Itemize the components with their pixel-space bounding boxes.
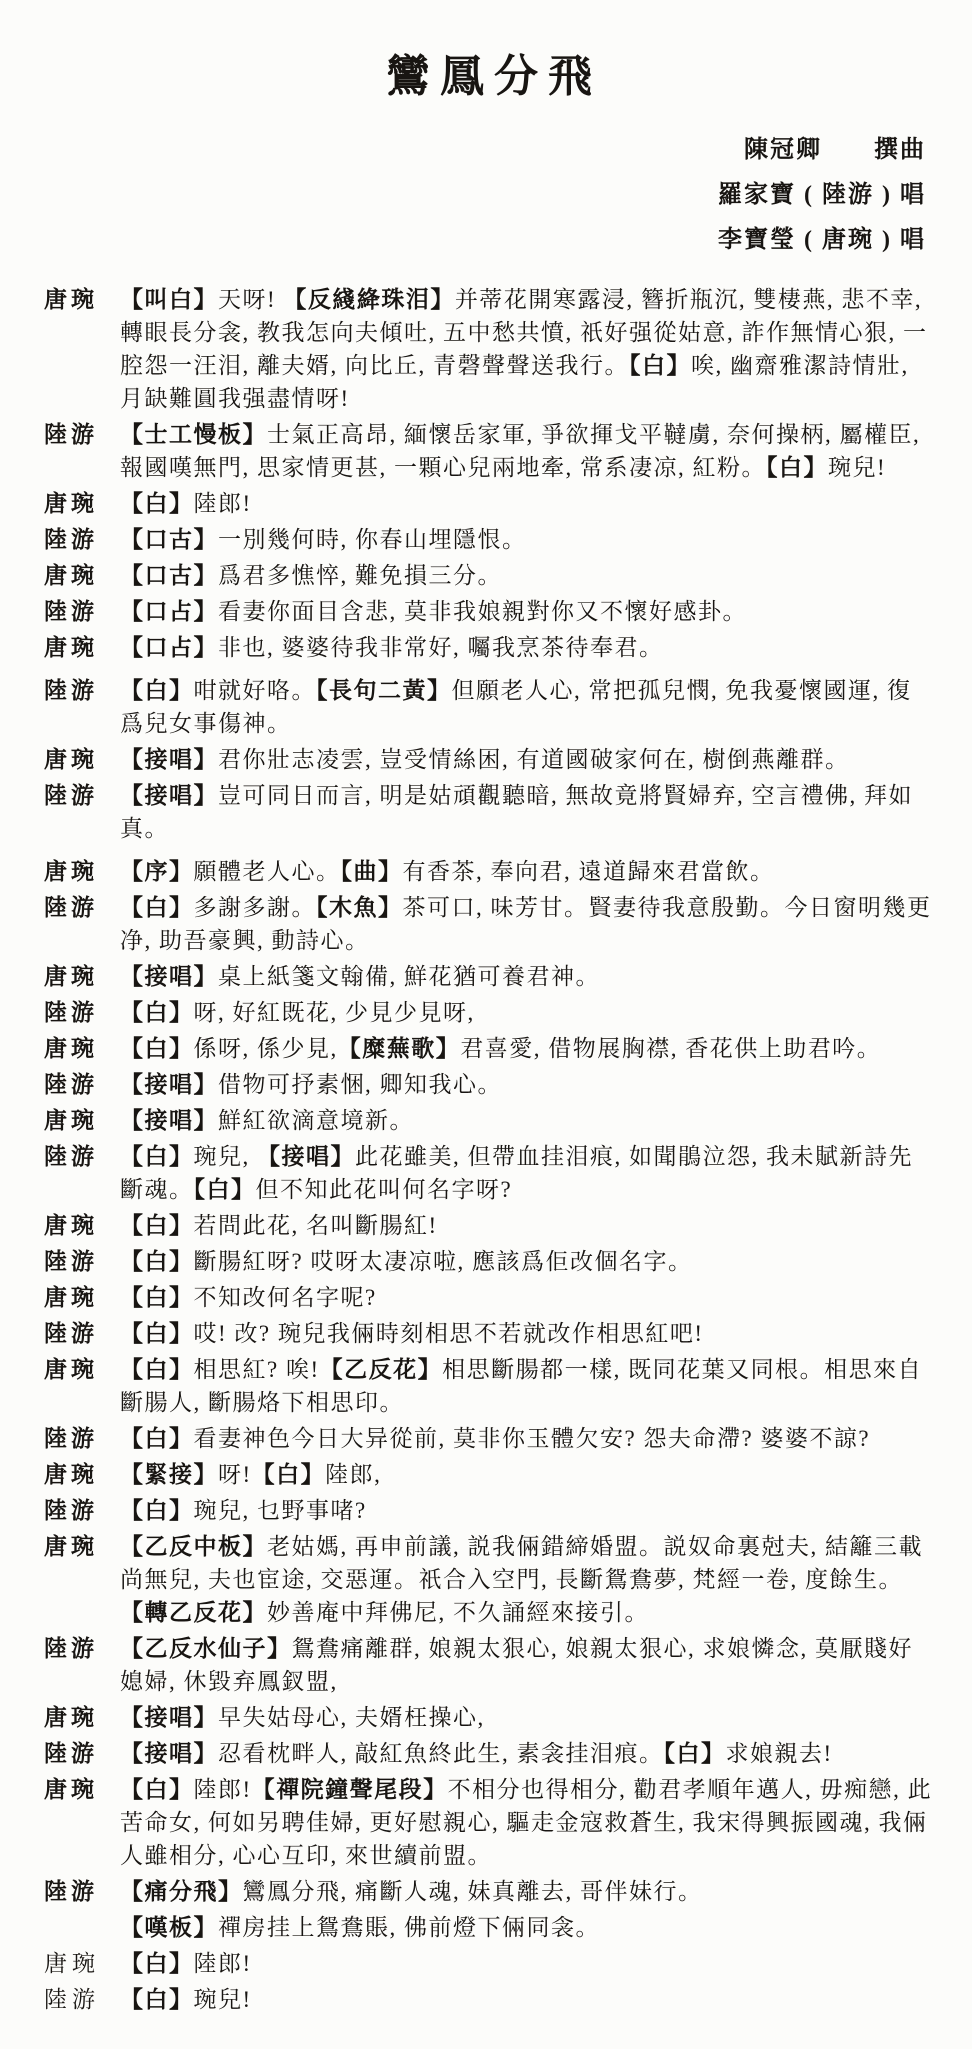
script-row: 陸游【白】哎! 改? 琬兒我倆時刻相思不若就改作相思紅吧! — [44, 1317, 934, 1350]
line-text: 【緊接】呀!【白】陸郎, — [118, 1458, 934, 1491]
tune-marker: 【接唱】 — [120, 783, 218, 808]
lyric-segment: 非也, 婆婆待我非常好, 囑我烹茶待奉君。 — [218, 635, 664, 660]
lyric-segment: 係呀, 係少見, — [194, 1036, 338, 1061]
tune-marker: 【白】 — [120, 1498, 194, 1523]
tune-marker: 【木魚】 — [316, 895, 403, 920]
tune-marker: 【禪院鐘聲尾段】 — [252, 1777, 448, 1802]
tune-marker: 【白】 — [120, 1144, 194, 1169]
script-row: 陸游【白】琬兒! — [44, 1983, 934, 2016]
tune-marker: 【白】 — [120, 1951, 194, 1976]
tune-marker: 【白】 — [194, 1177, 256, 1202]
lyric-segment: 看妻你面目含悲, 莫非我娘親對你又不懷好感卦。 — [218, 599, 747, 624]
script-row: 唐琬【白】陸郎! — [44, 1947, 934, 1980]
script-row: 陸游【白】琬兒, 【接唱】此花雖美, 但帶血挂泪痕, 如聞鵑泣怨, 我未賦新詩先… — [44, 1140, 934, 1206]
tune-marker: 【曲】 — [341, 859, 403, 884]
speaker-label: 陸游 — [44, 523, 118, 556]
script-row: 陸游【白】多謝多謝。【木魚】茶可口, 味芳甘。賢妻待我意殷勤。今日窗明幾更净, … — [44, 891, 934, 957]
tune-marker: 【白】 — [120, 1321, 194, 1346]
speaker-label: 唐琬 — [44, 1458, 118, 1491]
line-text: 【接唱】借物可抒素悃, 卿知我心。 — [118, 1068, 934, 1101]
lyric-segment: 禪房挂上鴛鴦賬, 佛前燈下倆同衾。 — [218, 1915, 600, 1940]
tune-marker: 【轉乙反花】 — [120, 1600, 267, 1625]
lyric-segment: 哎! 改? 琬兒我倆時刻相思不若就改作相思紅吧! — [194, 1321, 704, 1346]
lyric-segment: 願體老人心。 — [194, 859, 341, 884]
tune-marker: 【口占】 — [120, 599, 218, 624]
script-row: 唐琬【接唱】早失姑母心, 夫婿枉操心, — [44, 1701, 934, 1734]
line-text: 【嘆板】禪房挂上鴛鴦賬, 佛前燈下倆同衾。 — [118, 1911, 934, 1944]
script-row: 唐琬【白】若問此花, 名叫斷腸紅! — [44, 1209, 934, 1242]
tune-marker: 【乙反花】 — [320, 1357, 443, 1382]
line-text: 【白】陸郎!【禪院鐘聲尾段】不相分也得相分, 勸君孝順年邁人, 毋痴戀, 此苦命… — [118, 1773, 934, 1872]
lyric-segment: 求娘親去! — [726, 1741, 833, 1766]
tune-marker: 【白】 — [766, 455, 828, 480]
lyric-segment: 鸞鳳分飛, 痛斷人魂, 妹真離去, 哥伴妹行。 — [243, 1879, 703, 1904]
tune-marker: 【接唱】 — [120, 1705, 218, 1730]
speaker-label: 唐琬 — [44, 743, 118, 776]
speaker-label: 唐琬 — [44, 1104, 118, 1137]
lyric-segment: 斷腸紅呀? 哎呀太凄凉啦, 應該爲佢改個名字。 — [194, 1249, 693, 1274]
script-row: 陸游【接唱】忍看枕畔人, 敲紅魚終此生, 素衾挂泪痕。【白】求娘親去! — [44, 1737, 934, 1770]
lyric-segment: 呀, 好紅既花, 少見少見呀, — [194, 1000, 475, 1025]
script-row: 唐琬【乙反中板】老姑媽, 再申前議, 説我倆錯締婚盟。説奴命裏尅夫, 結籬三載尚… — [44, 1530, 934, 1629]
tune-marker: 【接唱】 — [120, 964, 218, 989]
page-title: 鸞鳳分飛 — [44, 26, 934, 114]
script-row: 陸游【乙反水仙子】鴛鴦痛離群, 娘親太狠心, 娘親太狠心, 求娘憐念, 莫厭賤好… — [44, 1632, 934, 1698]
line-text: 【白】陸郎! — [118, 1947, 934, 1980]
script-row: 唐琬【接唱】桌上紙箋文翰備, 鮮花猶可養君神。 — [44, 960, 934, 993]
speaker-label: 唐琬 — [44, 559, 118, 592]
script-body: 唐琬【叫白】天呀! 【反綫絳珠泪】并蒂花開寒露浸, 簪折瓶沉, 雙棲燕, 悲不幸… — [44, 283, 934, 2016]
credits-block: 陳冠卿 撰曲 羅家寶 ( 陸游 ) 唱 李寶瑩 ( 唐琬 ) 唱 — [44, 128, 934, 263]
script-row: 陸游【接唱】借物可抒素悃, 卿知我心。 — [44, 1068, 934, 1101]
lyric-segment: 若問此花, 名叫斷腸紅! — [194, 1213, 438, 1238]
speaker-label: 陸游 — [44, 1983, 118, 2016]
speaker-label: 陸游 — [44, 1317, 118, 1350]
tune-marker: 【接唱】 — [120, 1741, 218, 1766]
line-text: 【白】相思紅? 唉!【乙反花】相思斷腸都一樣, 既同花葉又同根。相思來自斷腸人,… — [118, 1353, 934, 1419]
lyric-segment: 陸郎! — [194, 491, 252, 516]
tune-marker: 【長句二黃】 — [316, 678, 452, 703]
tune-marker: 【痛分飛】 — [120, 1879, 243, 1904]
tune-marker: 【嘆板】 — [120, 1915, 218, 1940]
speaker-label: 陸游 — [44, 1140, 118, 1173]
tune-marker: 【緊接】 — [120, 1462, 218, 1487]
line-text: 【白】若問此花, 名叫斷腸紅! — [118, 1209, 934, 1242]
tune-marker: 【士工慢板】 — [120, 422, 267, 447]
script-row: 唐琬【接唱】鮮紅欲滴意境新。 — [44, 1104, 934, 1137]
tune-marker: 【白】 — [120, 1777, 194, 1802]
line-text: 【接唱】君你壯志凌雲, 豈受情絲困, 有道國破家何在, 樹倒燕離群。 — [118, 743, 934, 776]
speaker-label: 陸游 — [44, 674, 118, 707]
line-text: 【白】呀, 好紅既花, 少見少見呀, — [118, 996, 934, 1029]
script-row: 陸游【痛分飛】鸞鳳分飛, 痛斷人魂, 妹真離去, 哥伴妹行。 — [44, 1875, 934, 1908]
lyric-segment: 早失姑母心, 夫婿枉操心, — [218, 1705, 485, 1730]
line-text: 【乙反水仙子】鴛鴦痛離群, 娘親太狠心, 娘親太狠心, 求娘憐念, 莫厭賤好媳婦… — [118, 1632, 934, 1698]
script-row: 陸游【口占】看妻你面目含悲, 莫非我娘親對你又不懷好感卦。 — [44, 595, 934, 628]
speaker-label: 唐琬 — [44, 1281, 118, 1314]
speaker-label: 唐琬 — [44, 487, 118, 520]
lyric-segment: 桌上紙箋文翰備, 鮮花猶可養君神。 — [218, 964, 600, 989]
script-row: 唐琬【口占】非也, 婆婆待我非常好, 囑我烹茶待奉君。 — [44, 631, 934, 664]
speaker-label: 陸游 — [44, 1875, 118, 1908]
line-text: 【口古】一別幾何時, 你春山埋隱恨。 — [118, 523, 934, 556]
lyric-segment: 豈可同日而言, 明是姑頑觀聽暗, 無故竟將賢婦弃, 空言禮佛, 拜如真。 — [120, 783, 913, 841]
speaker-label: 唐琬 — [44, 1947, 118, 1980]
tune-marker: 【白】 — [120, 1213, 194, 1238]
lyric-segment: 借物可抒素悃, 卿知我心。 — [218, 1072, 502, 1097]
speaker-label: 唐琬 — [44, 283, 118, 316]
script-row: 唐琬【口古】爲君多憔悴, 難免損三分。 — [44, 559, 934, 592]
speaker-label: 陸游 — [44, 996, 118, 1029]
lyric-segment: 一別幾何時, 你春山埋隱恨。 — [218, 527, 527, 552]
lyric-segment: 有香茶, 奉向君, 遠道歸來君當飲。 — [403, 859, 775, 884]
credit-composer: 陳冠卿 撰曲 — [44, 128, 926, 173]
tune-marker: 【反綫絳珠泪】 — [283, 287, 455, 312]
script-row: 陸游【白】看妻神色今日大异從前, 莫非你玉體欠安? 怨夫命滯? 婆婆不諒? — [44, 1422, 934, 1455]
tune-marker: 【白】 — [120, 1249, 194, 1274]
lyric-segment: 琬兒! — [194, 1987, 252, 2012]
lyric-segment: 但不知此花叫何名字呀? — [256, 1177, 513, 1202]
line-text: 【乙反中板】老姑媽, 再申前議, 説我倆錯締婚盟。説奴命裏尅夫, 結籬三載尚無兒… — [118, 1530, 934, 1629]
line-text: 【白】琬兒, 乜野事啫? — [118, 1494, 934, 1527]
tune-marker: 【叫白】 — [120, 287, 218, 312]
speaker-label: 唐琬 — [44, 1530, 118, 1563]
lyric-segment: 呀! — [218, 1462, 252, 1487]
tune-marker: 【口古】 — [120, 527, 218, 552]
lyric-segment: 陸郎, — [325, 1462, 381, 1487]
line-text: 【接唱】桌上紙箋文翰備, 鮮花猶可養君神。 — [118, 960, 934, 993]
line-text: 【痛分飛】鸞鳳分飛, 痛斷人魂, 妹真離去, 哥伴妹行。 — [118, 1875, 934, 1908]
lyric-segment: 多謝多謝。 — [194, 895, 317, 920]
script-row: 陸游【白】斷腸紅呀? 哎呀太凄凉啦, 應該爲佢改個名字。 — [44, 1245, 934, 1278]
line-text: 【白】多謝多謝。【木魚】茶可口, 味芳甘。賢妻待我意殷勤。今日窗明幾更净, 助吾… — [118, 891, 934, 957]
line-text: 【接唱】早失姑母心, 夫婿枉操心, — [118, 1701, 934, 1734]
speaker-label: 唐琬 — [44, 1209, 118, 1242]
speaker-label: 唐琬 — [44, 1032, 118, 1065]
script-row: 陸游【白】咁就好咯。【長句二黃】但願老人心, 常把孤兒憫, 免我憂懷國運, 復爲… — [44, 674, 934, 740]
script-row: 唐琬【白】不知改何名字呢? — [44, 1281, 934, 1314]
line-text: 【白】係呀, 係少見,【糜蕪歌】君喜愛, 借物展胸襟, 香花供上助君吟。 — [118, 1032, 934, 1065]
lyric-segment: 爲君多憔悴, 難免損三分。 — [218, 563, 502, 588]
line-text: 【白】咁就好咯。【長句二黃】但願老人心, 常把孤兒憫, 免我憂懷國運, 復爲兒女… — [118, 674, 934, 740]
tune-marker: 【白】 — [252, 1462, 326, 1487]
tune-marker: 【白】 — [120, 895, 194, 920]
tune-marker: 【糜蕪歌】 — [338, 1036, 461, 1061]
speaker-label: 陸游 — [44, 595, 118, 628]
lyric-segment: 咁就好咯。 — [194, 678, 317, 703]
speaker-label: 陸游 — [44, 418, 118, 451]
tune-marker: 【口占】 — [120, 635, 218, 660]
script-row: 唐琬【白】陸郎! — [44, 487, 934, 520]
line-text: 【白】不知改何名字呢? — [118, 1281, 934, 1314]
script-row: 陸游【白】呀, 好紅既花, 少見少見呀, — [44, 996, 934, 1029]
script-row: 唐琬【白】相思紅? 唉!【乙反花】相思斷腸都一樣, 既同花葉又同根。相思來自斷腸… — [44, 1353, 934, 1419]
tune-marker: 【乙反水仙子】 — [120, 1636, 292, 1661]
script-row: 唐琬【叫白】天呀! 【反綫絳珠泪】并蒂花開寒露浸, 簪折瓶沉, 雙棲燕, 悲不幸… — [44, 283, 934, 415]
lyric-segment: 琬兒, 乜野事啫? — [194, 1498, 367, 1523]
speaker-label: 唐琬 — [44, 1773, 118, 1806]
lyric-segment: 妙善庵中拜佛尼, 不久誦經來接引。 — [267, 1600, 649, 1625]
tune-marker: 【接唱】 — [257, 1144, 355, 1169]
speaker-label: 陸游 — [44, 1245, 118, 1278]
line-text: 【口占】非也, 婆婆待我非常好, 囑我烹茶待奉君。 — [118, 631, 934, 664]
speaker-label: 陸游 — [44, 1422, 118, 1455]
tune-marker: 【序】 — [120, 859, 194, 884]
line-text: 【白】哎! 改? 琬兒我倆時刻相思不若就改作相思紅吧! — [118, 1317, 934, 1350]
line-text: 【叫白】天呀! 【反綫絳珠泪】并蒂花開寒露浸, 簪折瓶沉, 雙棲燕, 悲不幸, … — [118, 283, 934, 415]
line-text: 【接唱】鮮紅欲滴意境新。 — [118, 1104, 934, 1137]
lyric-segment: 鮮紅欲滴意境新。 — [218, 1108, 414, 1133]
script-row: 唐琬【白】係呀, 係少見,【糜蕪歌】君喜愛, 借物展胸襟, 香花供上助君吟。 — [44, 1032, 934, 1065]
tune-marker: 【白】 — [629, 353, 691, 378]
script-row: 唐琬【接唱】君你壯志凌雲, 豈受情絲困, 有道國破家何在, 樹倒燕離群。 — [44, 743, 934, 776]
speaker-label: 唐琬 — [44, 1353, 118, 1386]
script-row: 唐琬【緊接】呀!【白】陸郎, — [44, 1458, 934, 1491]
credit-singer-tangwan: 李寶瑩 ( 唐琬 ) 唱 — [44, 218, 926, 263]
line-text: 【白】斷腸紅呀? 哎呀太凄凉啦, 應該爲佢改個名字。 — [118, 1245, 934, 1278]
tune-marker: 【白】 — [120, 1987, 194, 2012]
speaker-label: 陸游 — [44, 1068, 118, 1101]
lyric-segment: 琬兒! — [828, 455, 886, 480]
lyric-segment: 君你壯志凌雲, 豈受情絲困, 有道國破家何在, 樹倒燕離群。 — [218, 747, 850, 772]
speaker-label: 陸游 — [44, 1737, 118, 1770]
speaker-label: 陸游 — [44, 1494, 118, 1527]
speaker-label: 唐琬 — [44, 855, 118, 888]
lyric-segment: 琬兒, — [194, 1144, 258, 1169]
lyric-segment: 看妻神色今日大异從前, 莫非你玉體欠安? 怨夫命滯? 婆婆不諒? — [194, 1426, 871, 1451]
line-text: 【接唱】豈可同日而言, 明是姑頑觀聽暗, 無故竟將賢婦弃, 空言禮佛, 拜如真。 — [118, 779, 934, 845]
tune-marker: 【白】 — [120, 491, 194, 516]
tune-marker: 【接唱】 — [120, 1108, 218, 1133]
script-row: 陸游【士工慢板】士氣正高昂, 緬懷岳家軍, 爭欲揮戈平韃虜, 奈何操柄, 屬權臣… — [44, 418, 934, 484]
lyric-segment: 忍看枕畔人, 敲紅魚終此生, 素衾挂泪痕。 — [218, 1741, 664, 1766]
tune-marker: 【口古】 — [120, 563, 218, 588]
script-row: 陸游【白】琬兒, 乜野事啫? — [44, 1494, 934, 1527]
tune-marker: 【白】 — [120, 678, 194, 703]
script-row: 唐琬【序】願體老人心。【曲】有香茶, 奉向君, 遠道歸來君當飲。 — [44, 855, 934, 888]
lyric-segment: 天呀! — [218, 287, 283, 312]
lyric-segment: 陸郎! — [194, 1777, 252, 1802]
credit-singer-luyou: 羅家寶 ( 陸游 ) 唱 — [44, 173, 926, 218]
tune-marker: 【白】 — [120, 1000, 194, 1025]
script-row: 【嘆板】禪房挂上鴛鴦賬, 佛前燈下倆同衾。 — [44, 1911, 934, 1944]
tune-marker: 【白】 — [120, 1036, 194, 1061]
tune-marker: 【白】 — [120, 1357, 194, 1382]
speaker-label: 唐琬 — [44, 631, 118, 664]
tune-marker: 【白】 — [120, 1426, 194, 1451]
document-page: 鸞鳳分飛 陳冠卿 撰曲 羅家寶 ( 陸游 ) 唱 李寶瑩 ( 唐琬 ) 唱 唐琬… — [0, 0, 972, 2049]
tune-marker: 【接唱】 — [120, 1072, 218, 1097]
lyric-segment: 不知改何名字呢? — [194, 1285, 377, 1310]
tune-marker: 【白】 — [120, 1285, 194, 1310]
script-row: 陸游【口古】一別幾何時, 你春山埋隱恨。 — [44, 523, 934, 556]
script-row: 唐琬【白】陸郎!【禪院鐘聲尾段】不相分也得相分, 勸君孝順年邁人, 毋痴戀, 此… — [44, 1773, 934, 1872]
lyric-segment: 君喜愛, 借物展胸襟, 香花供上助君吟。 — [460, 1036, 881, 1061]
line-text: 【接唱】忍看枕畔人, 敲紅魚終此生, 素衾挂泪痕。【白】求娘親去! — [118, 1737, 934, 1770]
speaker-label: 唐琬 — [44, 1701, 118, 1734]
lyric-segment: 相思紅? 唉! — [194, 1357, 320, 1382]
speaker-label: 陸游 — [44, 891, 118, 924]
tune-marker: 【白】 — [664, 1741, 726, 1766]
lyric-segment: 陸郎! — [194, 1951, 252, 1976]
line-text: 【白】琬兒, 【接唱】此花雖美, 但帶血挂泪痕, 如聞鵑泣怨, 我未賦新詩先斷魂… — [118, 1140, 934, 1206]
line-text: 【口占】看妻你面目含悲, 莫非我娘親對你又不懷好感卦。 — [118, 595, 934, 628]
tune-marker: 【乙反中板】 — [120, 1534, 267, 1559]
line-text: 【白】陸郎! — [118, 487, 934, 520]
script-row: 陸游【接唱】豈可同日而言, 明是姑頑觀聽暗, 無故竟將賢婦弃, 空言禮佛, 拜如… — [44, 779, 934, 845]
line-text: 【士工慢板】士氣正高昂, 緬懷岳家軍, 爭欲揮戈平韃虜, 奈何操柄, 屬權臣, … — [118, 418, 934, 484]
line-text: 【白】看妻神色今日大异從前, 莫非你玉體欠安? 怨夫命滯? 婆婆不諒? — [118, 1422, 934, 1455]
line-text: 【白】琬兒! — [118, 1983, 934, 2016]
speaker-label: 陸游 — [44, 779, 118, 812]
line-text: 【口古】爲君多憔悴, 難免損三分。 — [118, 559, 934, 592]
line-text: 【序】願體老人心。【曲】有香茶, 奉向君, 遠道歸來君當飲。 — [118, 855, 934, 888]
tune-marker: 【接唱】 — [120, 747, 218, 772]
speaker-label: 唐琬 — [44, 960, 118, 993]
speaker-label: 陸游 — [44, 1632, 118, 1665]
